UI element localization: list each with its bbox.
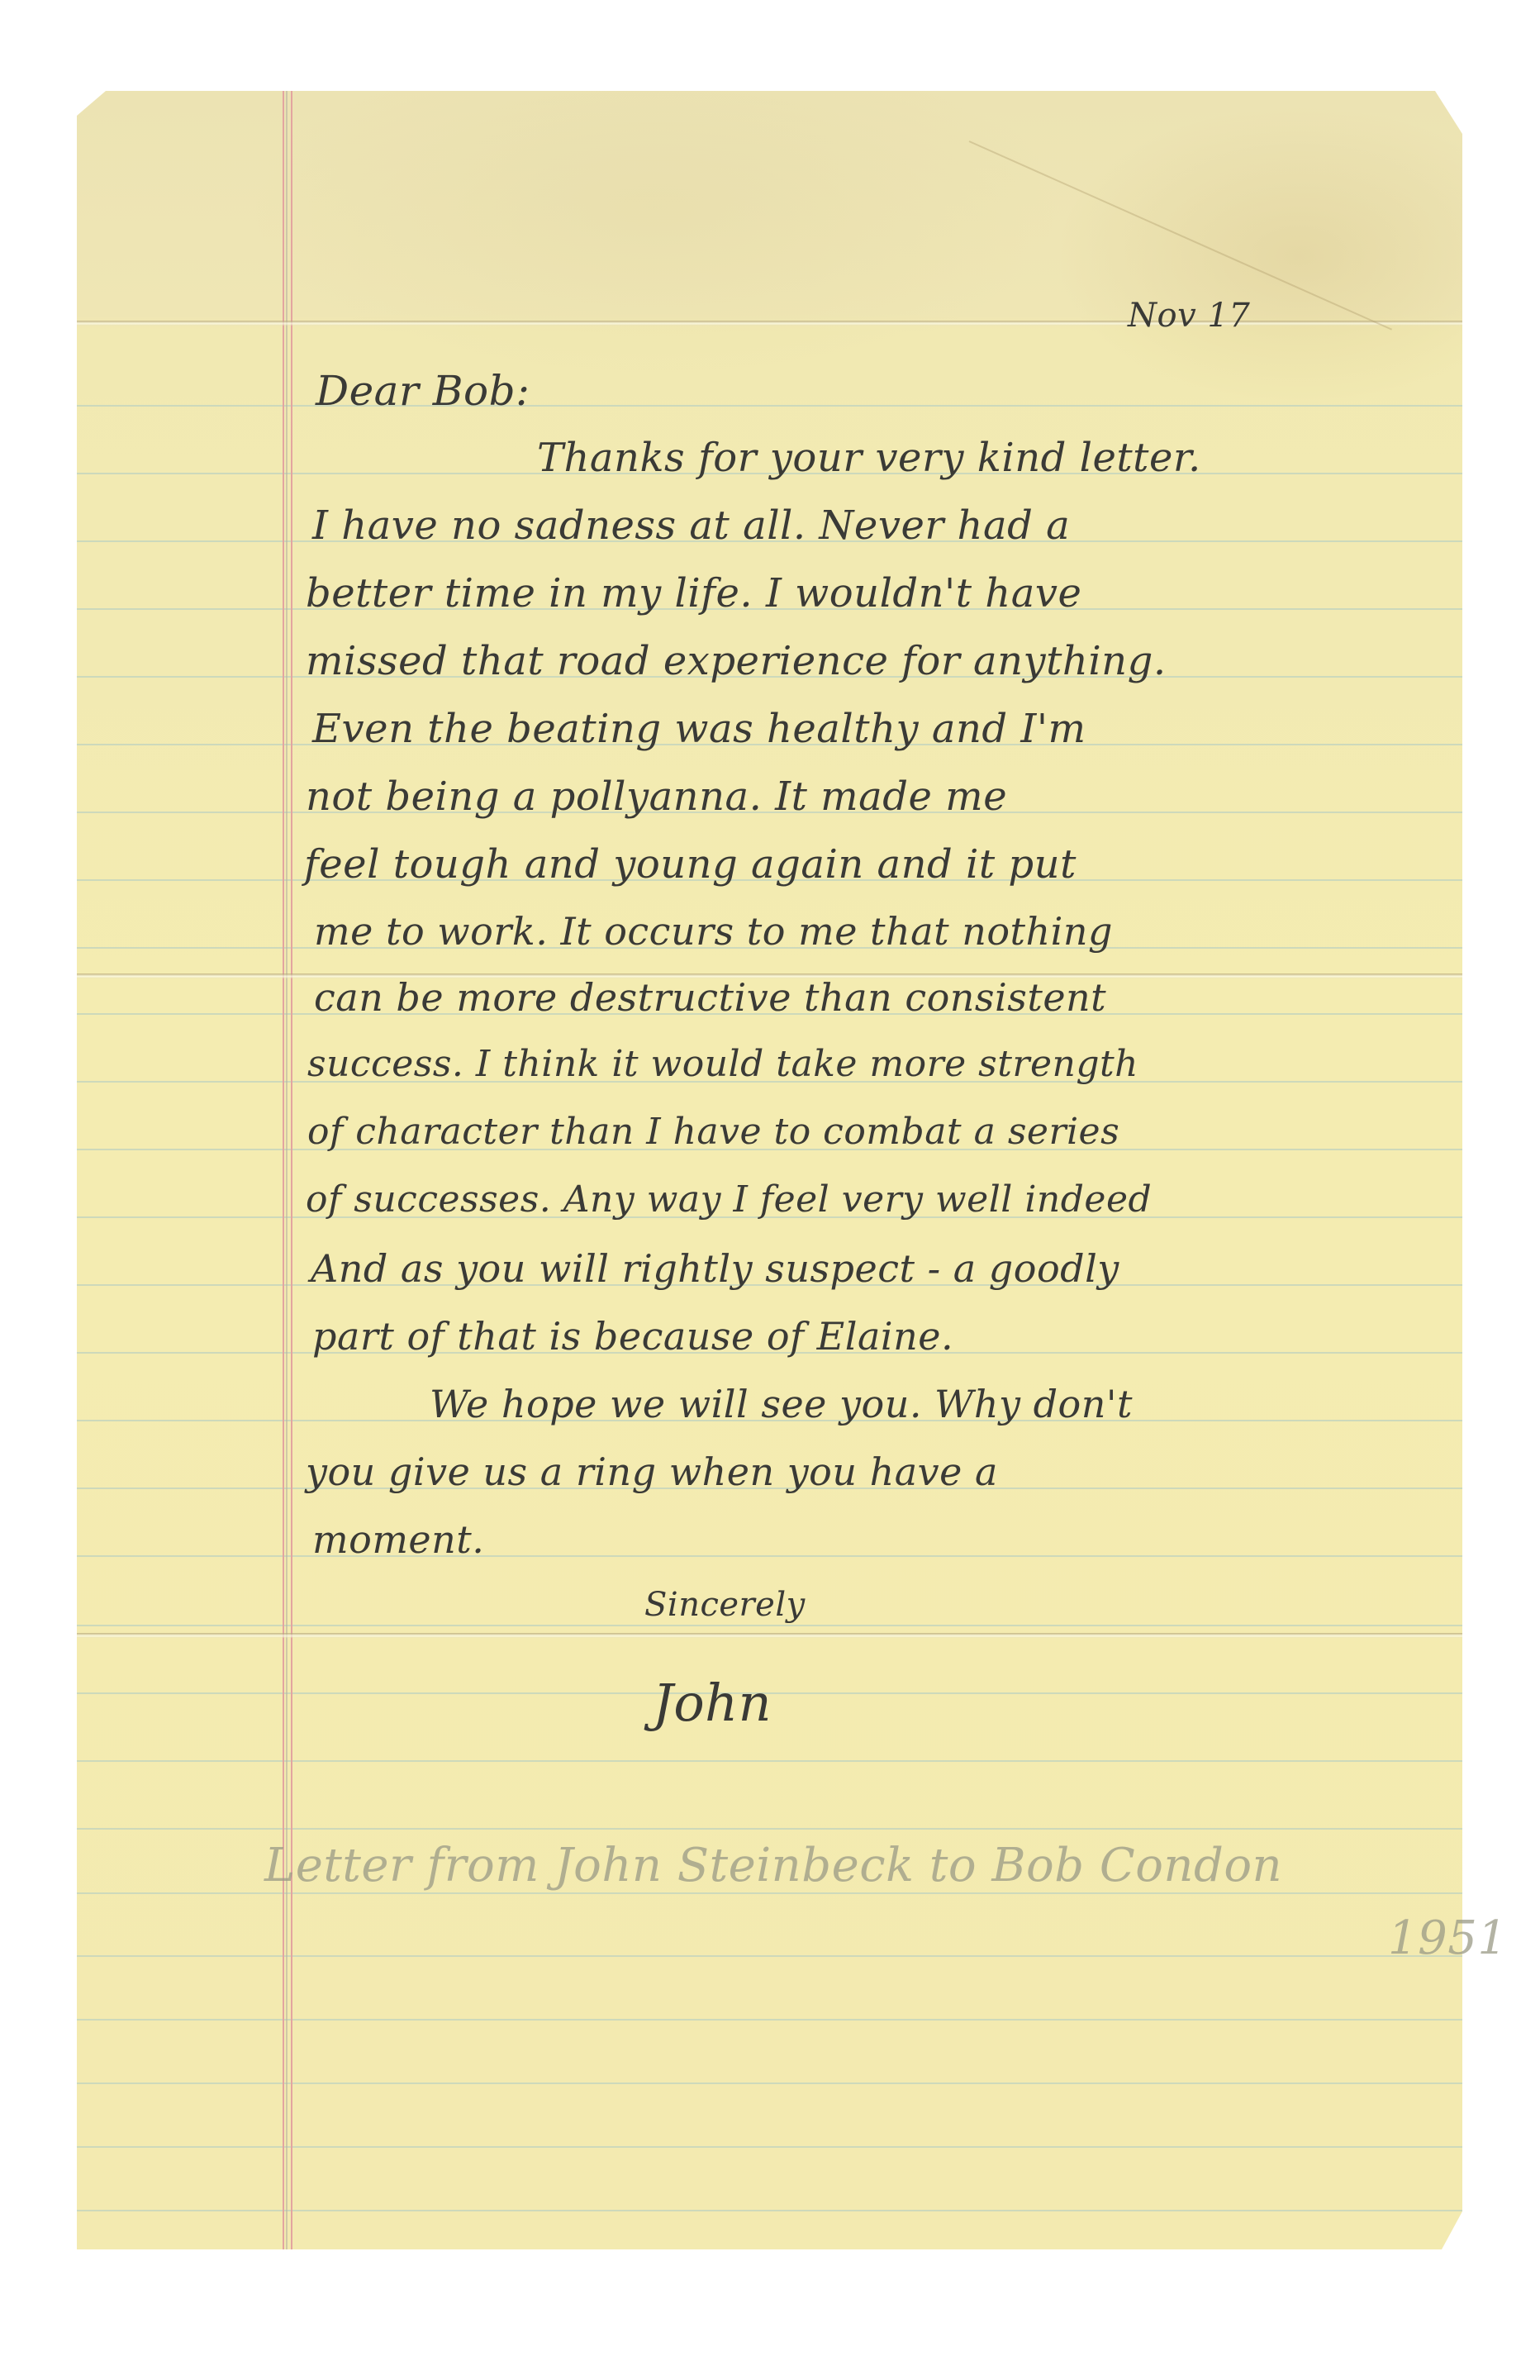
letter-body-line: I have no sadness at all. Never had a bbox=[312, 506, 1070, 545]
ruled-line bbox=[77, 1892, 1462, 1894]
letter-body-line: part of that is because of Elaine. bbox=[312, 1317, 953, 1355]
ruled-line bbox=[77, 2210, 1462, 2211]
salutation: Dear Bob: bbox=[316, 370, 530, 412]
letter-body-line: you give us a ring when you have a bbox=[306, 1453, 998, 1491]
fold-crease bbox=[77, 321, 1462, 326]
letter-body-line: can be more destructive than consistent bbox=[314, 978, 1106, 1016]
letter-body-line: Thanks for your very kind letter. bbox=[537, 438, 1201, 478]
letter-body-line: me to work. It occurs to me that nothing bbox=[314, 912, 1113, 950]
margin-line bbox=[286, 91, 288, 2249]
ruled-line bbox=[77, 405, 1462, 407]
letter-body-line: moment. bbox=[312, 1521, 484, 1559]
letter-date: Nov 17 bbox=[1128, 299, 1250, 332]
letter-body-line: better time in my life. I wouldn't have bbox=[306, 574, 1081, 613]
ruled-line bbox=[77, 2082, 1462, 2084]
letter-body-line: of successes. Any way I feel very well i… bbox=[306, 1182, 1152, 1218]
letter-body-line: not being a pollyanna. It made me bbox=[306, 777, 1007, 816]
archival-annotation-year: 1951 bbox=[1388, 1916, 1508, 1962]
ruled-line bbox=[77, 1955, 1462, 1957]
margin-line bbox=[283, 91, 284, 2249]
closing: Sincerely bbox=[644, 1588, 806, 1621]
ruled-line bbox=[77, 2019, 1462, 2021]
margin-line bbox=[291, 91, 292, 2249]
archival-annotation: Letter from John Steinbeck to Bob Condon bbox=[264, 1843, 1282, 1889]
ruled-line bbox=[77, 1760, 1462, 1762]
letter-body-line: of character than I have to combat a ser… bbox=[307, 1114, 1119, 1150]
ruled-line bbox=[77, 2146, 1462, 2148]
letter-body-line: Even the beating was healthy and I'm bbox=[312, 709, 1086, 749]
letter-body-line: And as you will rightly suspect - a good… bbox=[311, 1249, 1119, 1288]
fold-crease bbox=[77, 1633, 1462, 1638]
letter-body-line: feel tough and young again and it put bbox=[304, 845, 1077, 884]
letter-body-line: We hope we will see you. Why don't bbox=[430, 1385, 1133, 1423]
ruled-line bbox=[77, 1625, 1462, 1626]
ruled-line bbox=[77, 1555, 1462, 1557]
letter-body-line: success. I think it would take more stre… bbox=[307, 1046, 1138, 1083]
signature: John bbox=[653, 1678, 772, 1729]
letter-body-line: missed that road experience for anything… bbox=[306, 641, 1167, 681]
ruled-line bbox=[77, 1828, 1462, 1830]
legal-paper-sheet bbox=[77, 91, 1462, 2249]
